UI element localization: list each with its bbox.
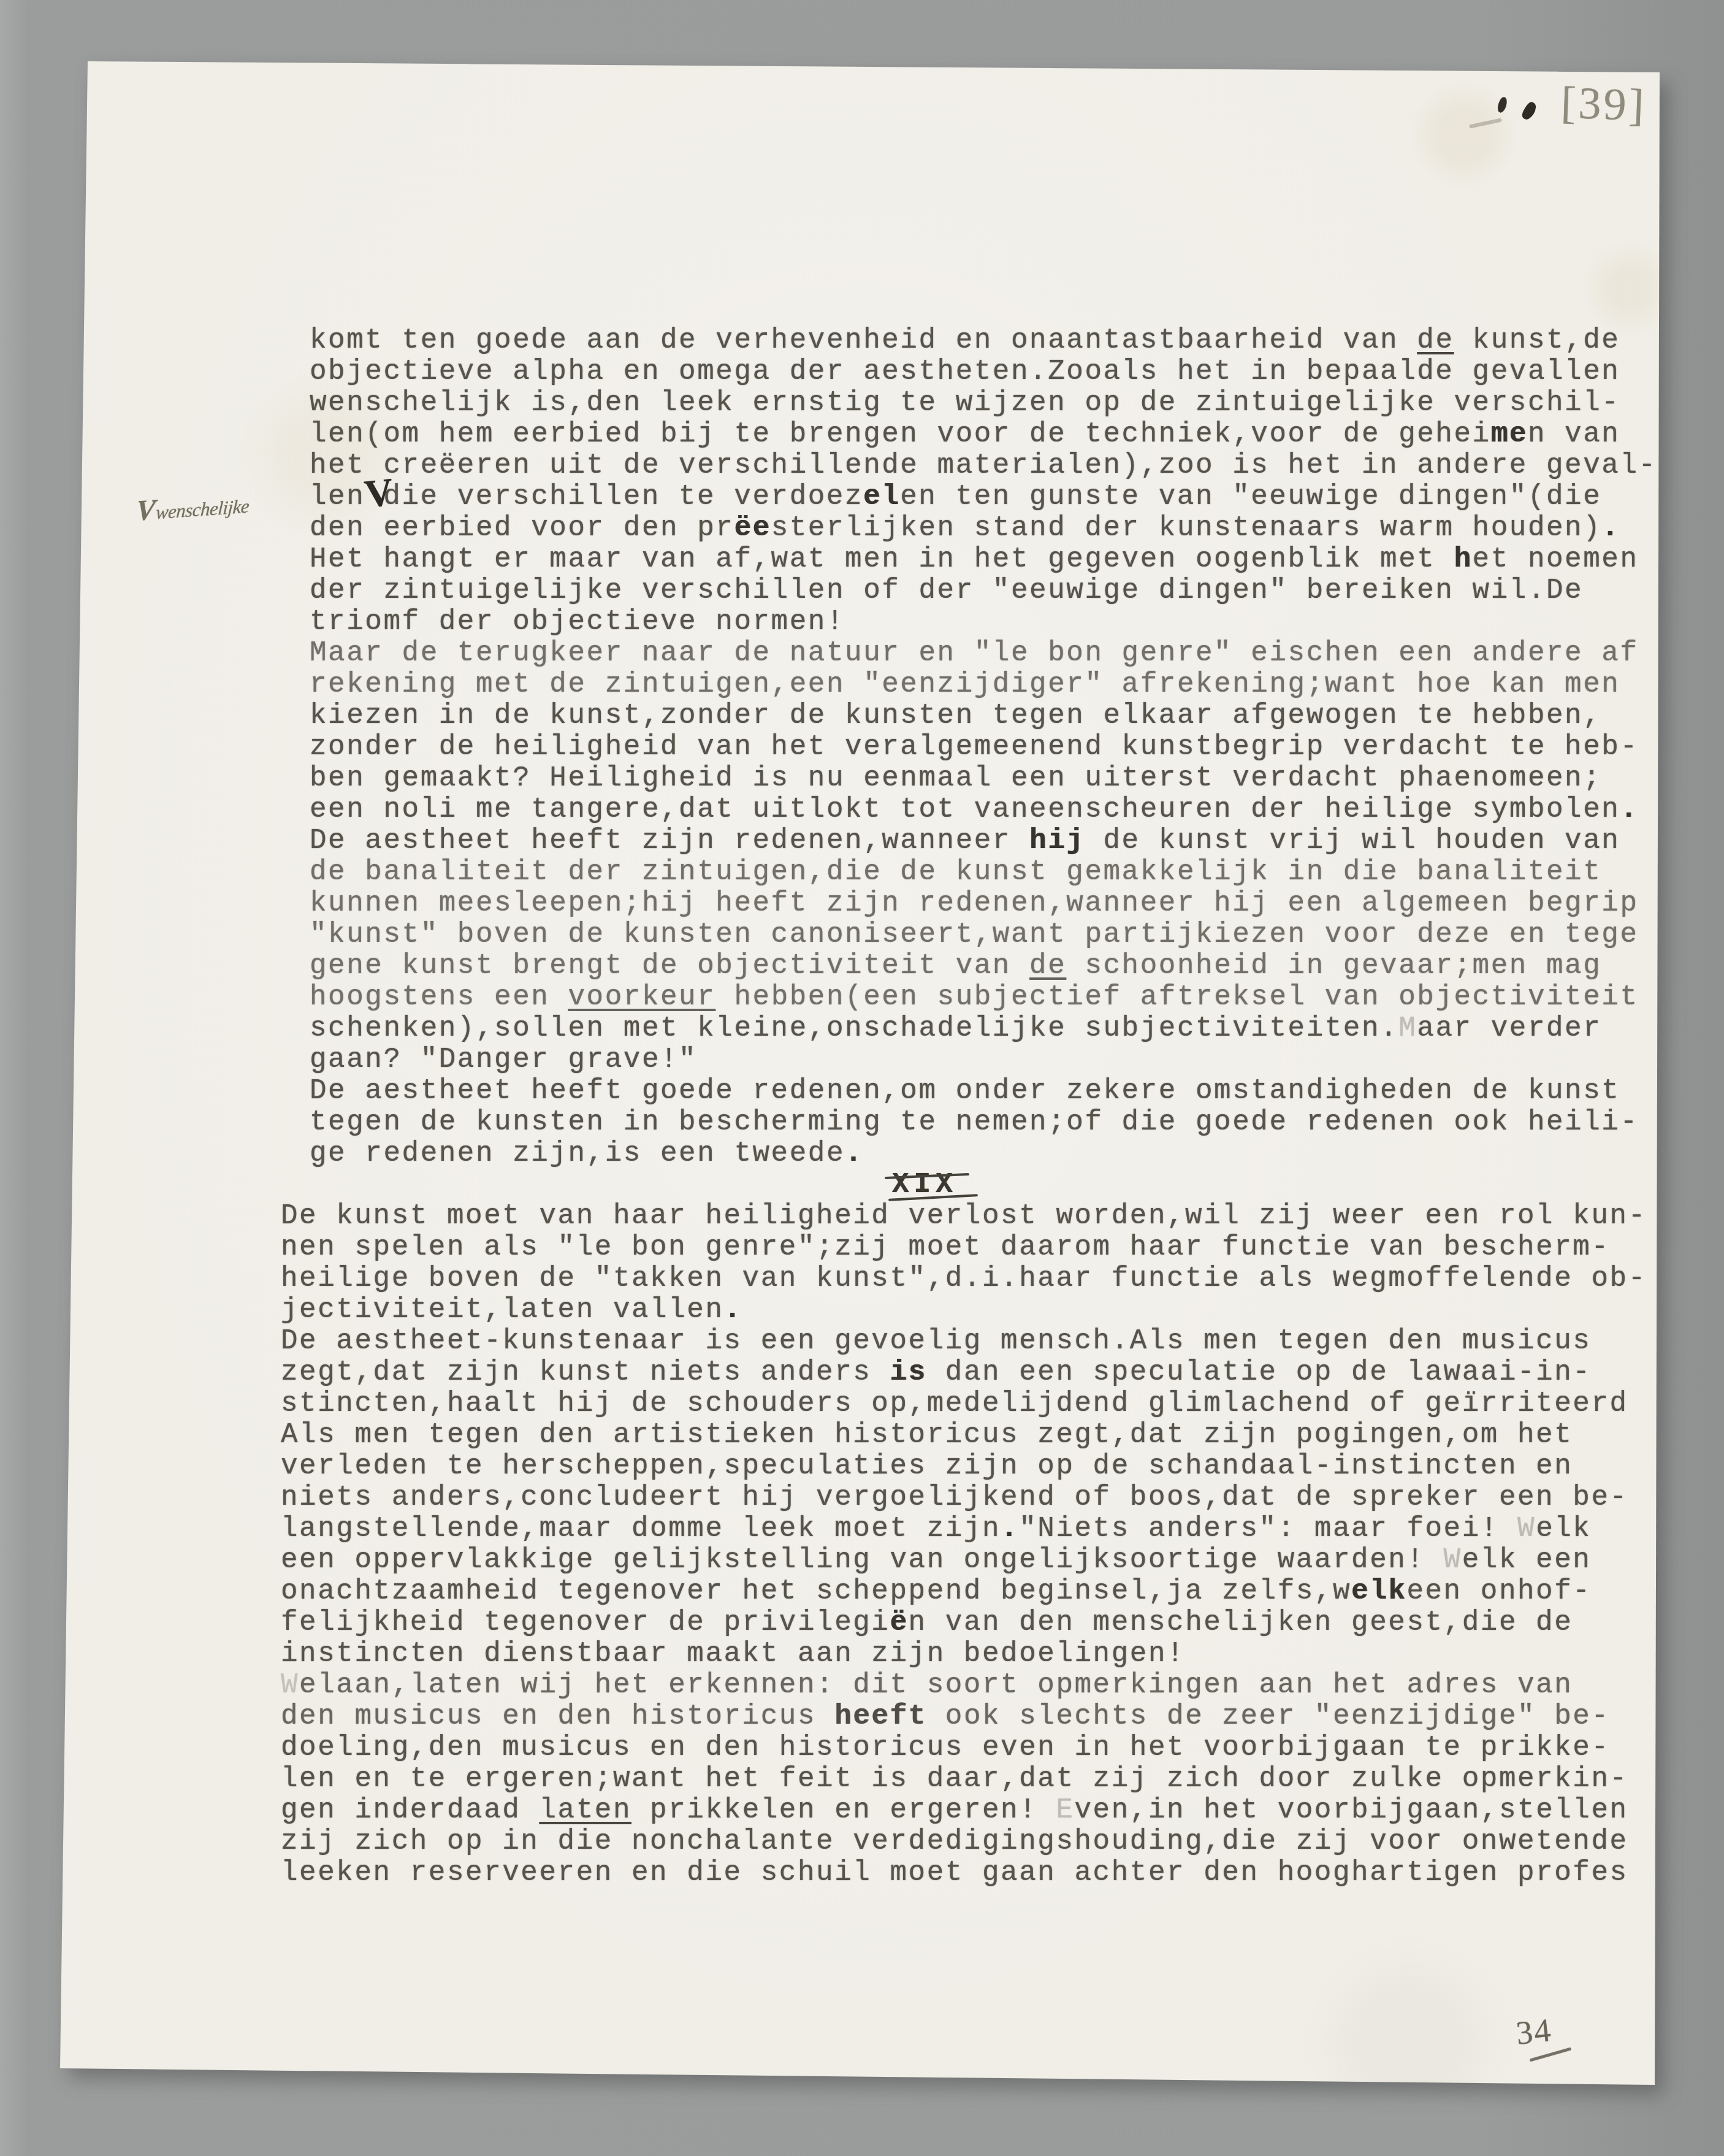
typed-line: De kunst moet van haar heiligheid verlos… [60, 1201, 1657, 1232]
typed-line: lenVdie verschillen te verdoezelen ten g… [60, 481, 1657, 513]
typed-line: der zintuigelijke verschillen of der "ee… [60, 575, 1657, 606]
paper-sheet: komt ten goede aan de verhevenheid en on… [60, 61, 1660, 2085]
typed-line: Het hangt er maar van af,wat men in het … [60, 544, 1657, 575]
typed-line: niets anders,concludeert hij vergoelijke… [60, 1482, 1657, 1513]
typed-line: De aestheet-kunstenaar is een gevoelig m… [60, 1326, 1657, 1357]
typed-line: onachtzaamheid tegenover het scheppend b… [60, 1576, 1657, 1607]
typed-line: schenken),sollen met kleine,onschadelijk… [60, 1013, 1657, 1044]
scan-background: { "document": { "type": "scanned typewri… [0, 0, 1724, 2156]
typed-line: felijkheid tegenover de privilegiën van … [60, 1607, 1657, 1638]
typed-line: doeling,den musicus en den historicus ev… [60, 1732, 1657, 1764]
typed-line: De aestheet heeft zijn redenen,wanneer h… [60, 825, 1657, 857]
typed-line: wenschelijk is,den leek ernstig te wijze… [60, 388, 1657, 419]
typed-line: tegen de kunsten in bescherming te nemen… [60, 1107, 1657, 1138]
typed-line: instincten dienstbaar maakt aan zijn bed… [60, 1638, 1657, 1670]
typed-line: ben gemaakt? Heiligheid is nu eenmaal ee… [60, 763, 1657, 794]
typed-line: objectieve alpha en omega der aestheten.… [60, 356, 1657, 388]
margin-note-word: wenschelijke [155, 495, 250, 523]
ink-smudge [1520, 101, 1538, 121]
typed-line: de banaliteit der zintuigen,die de kunst… [60, 857, 1657, 888]
typed-line: heilige boven de "takken van kunst",d.i.… [60, 1263, 1657, 1294]
typed-line: zij zich op in die nonchalante verdedigi… [60, 1826, 1657, 1857]
insertion-check-mark: V [135, 494, 156, 527]
ink-smudge [1496, 96, 1508, 114]
typed-line: hoogstens een voorkeur hebben(een subjec… [60, 982, 1657, 1013]
typed-line: stincten,haalt hij de schouders op,medel… [60, 1388, 1657, 1420]
typed-line: een noli me tangere,dat uitlokt tot vane… [60, 794, 1657, 825]
typed-line: kiezen in de kunst,zonder de kunsten teg… [60, 700, 1657, 732]
typed-line: len en te ergeren;want het feit is daar,… [60, 1764, 1657, 1795]
typed-line: den eerbied voor den prëesterlijken stan… [60, 513, 1657, 544]
section-heading-xix: XIX [892, 1169, 958, 1201]
typed-line: een oppervlakkige gelijkstelling van ong… [60, 1545, 1657, 1576]
typed-line: den musicus en den historicus heeft ook … [60, 1701, 1657, 1732]
typed-line: De aestheet heeft goede redenen,om onder… [60, 1076, 1657, 1107]
paper-shadow-wrap: komt ten goede aan de verhevenheid en on… [60, 61, 1660, 2085]
folio-annotation: [39] [1560, 77, 1647, 132]
typed-line: Maar de terugkeer naar de natuur en "le … [60, 638, 1657, 669]
typed-line: len(om hem eerbied bij te brengen voor d… [60, 419, 1657, 450]
section-heading-row: XIX [60, 1169, 1657, 1201]
typed-line: komt ten goede aan de verhevenheid en on… [60, 325, 1657, 356]
insertion-caret-mark: V [365, 492, 383, 494]
typed-line: zegt,dat zijn kunst niets anders is dan … [60, 1357, 1657, 1388]
typed-line: gaan? "Danger grave!" [60, 1044, 1657, 1076]
typed-line: "kunst" boven de kunsten canoniseert,wan… [60, 919, 1657, 950]
typed-line: leeken reserveeren en die schuil moet ga… [60, 1857, 1657, 1889]
typed-line: Welaan,laten wij het erkennen: dit soort… [60, 1670, 1657, 1701]
graphite-smudge [1469, 118, 1502, 128]
typed-line: ge redenen zijn,is een tweede. [60, 1138, 1657, 1169]
page-number-annotation: 34 [1514, 2011, 1554, 2052]
typed-text-block: komt ten goede aan de verhevenheid en on… [60, 325, 1657, 1889]
typed-line: jectiviteit,laten vallen. [60, 1294, 1657, 1326]
typed-line: gene kunst brengt de objectiviteit van d… [60, 950, 1657, 982]
typed-line: verleden te herscheppen,speculaties zijn… [60, 1451, 1657, 1482]
typed-line: het creëeren uit de verschillende materi… [60, 450, 1657, 481]
typed-line: gen inderdaad laten prikkelen en ergeren… [60, 1795, 1657, 1826]
typed-line: Als men tegen den artistieken historicus… [60, 1420, 1657, 1451]
typed-line: rekening met de zintuigen,een "eenzijdig… [60, 669, 1657, 700]
typed-line: triomf der objectieve normen! [60, 606, 1657, 638]
typed-line: zonder de heiligheid van het veralgemeen… [60, 732, 1657, 763]
typed-line: kunnen meesleepen;hij heeft zijn redenen… [60, 888, 1657, 919]
typed-line: nen spelen als "le bon genre";zij moet d… [60, 1232, 1657, 1263]
typed-line: langstellende,maar domme leek moet zijn.… [60, 1513, 1657, 1545]
